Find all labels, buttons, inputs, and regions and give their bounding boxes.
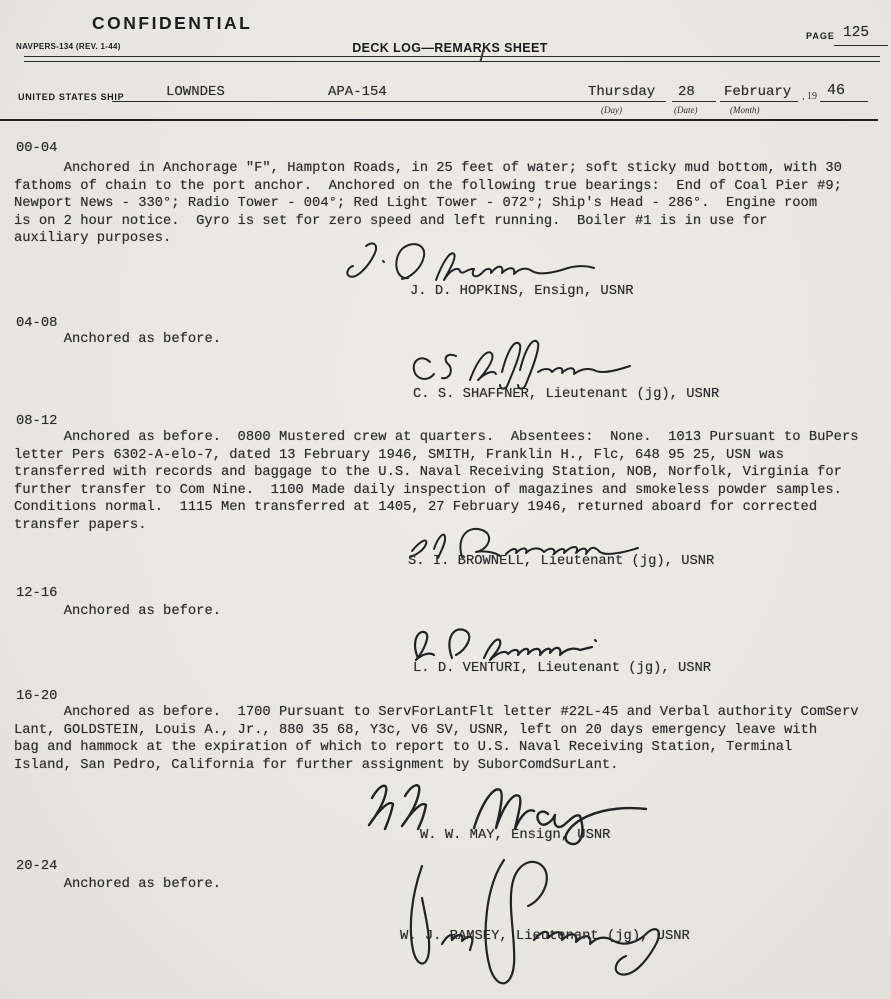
log-day: 28 <box>678 84 695 102</box>
signature-typed-line: W. W. MAY, Ensign, USNR <box>420 827 610 845</box>
page-label: PAGE <box>806 31 835 41</box>
day-rule <box>672 101 716 102</box>
watch-period: 12-16 <box>16 585 57 603</box>
year-prefix: , 19 <box>802 91 817 102</box>
log-month: February <box>724 84 791 102</box>
signature-typed-line: W. J. RAMSEY, Lieutenant (jg), USNR <box>400 928 690 946</box>
sheet-title: DECK LOG—REMARKS SHEET <box>320 41 580 55</box>
signature-script-ramsey <box>386 852 696 994</box>
classification-stamp: CONFIDENTIAL <box>92 13 252 34</box>
log-year: 46 <box>827 82 845 100</box>
signature-typed-line: C. S. SHAFFNER, Lieutenant (jg), USNR <box>413 386 719 404</box>
ship-name: LOWNDES <box>166 84 225 102</box>
signature-typed-line: S. I. BROWNELL, Lieutenant (jg), USNR <box>408 553 714 571</box>
weekday-caption: (Day) <box>601 105 622 115</box>
hull-number: APA-154 <box>328 84 387 102</box>
entry-text: Anchored as before. 0800 Mustered crew a… <box>14 429 882 535</box>
watch-period: 04-08 <box>16 315 57 333</box>
watch-period: 16-20 <box>16 688 57 706</box>
signature-typed-line: J. D. HOPKINS, Ensign, USNR <box>410 283 634 301</box>
watch-period: 08-12 <box>16 413 57 431</box>
entry-text: Anchored in Anchorage "F", Hampton Roads… <box>14 160 882 248</box>
page-number-rule <box>834 45 888 46</box>
page-number: 125 <box>843 25 869 43</box>
header-bottom-rule <box>0 119 878 121</box>
month-caption: (Month) <box>730 105 760 115</box>
day-caption: (Date) <box>674 105 698 115</box>
signature-script-shaffner <box>404 338 639 392</box>
watch-period: 00-04 <box>16 140 57 158</box>
log-weekday: Thursday <box>588 84 655 102</box>
deck-log-sheet: CONFIDENTIAL PAGE 125 NAVPERS-134 (REV. … <box>0 0 891 999</box>
form-number: NAVPERS-134 (REV. 1-44) <box>16 42 121 51</box>
ship-label: UNITED STATES SHIP <box>18 92 124 102</box>
header-double-rule <box>24 56 880 62</box>
watch-period: 20-24 <box>16 858 57 876</box>
entry-text: Anchored as before. 1700 Pursuant to Ser… <box>14 704 882 774</box>
signature-typed-line: L. D. VENTURI, Lieutenant (jg), USNR <box>413 660 711 678</box>
entry-text: Anchored as before. <box>14 603 882 621</box>
year-rule <box>820 101 868 102</box>
month-rule <box>720 101 798 102</box>
weekday-rule <box>578 101 666 102</box>
